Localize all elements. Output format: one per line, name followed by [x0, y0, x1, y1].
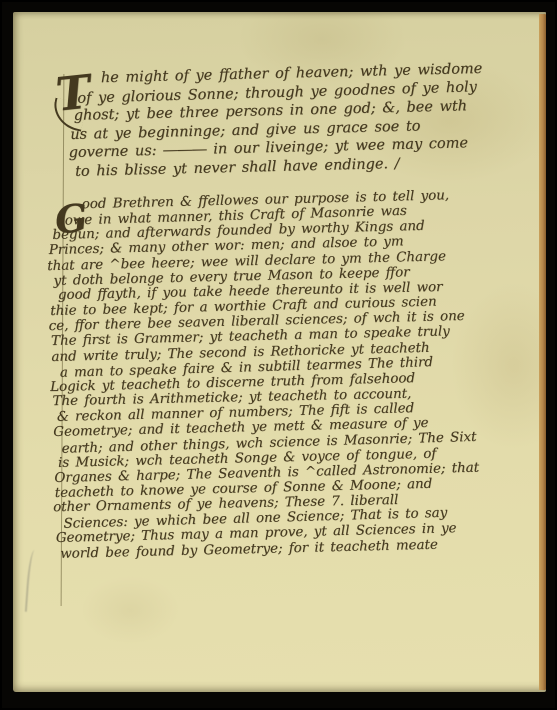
page-fore-edge [539, 14, 546, 690]
invocation-paragraph: he might of ye ffather of heaven; wth ye… [69, 59, 512, 181]
pencil-margin-mark [25, 550, 38, 612]
photographed-manuscript: T he might of ye ffather of heaven; wth … [0, 0, 557, 710]
body-paragraph: ood Brethren & ffellowes our purpose is … [48, 187, 522, 562]
